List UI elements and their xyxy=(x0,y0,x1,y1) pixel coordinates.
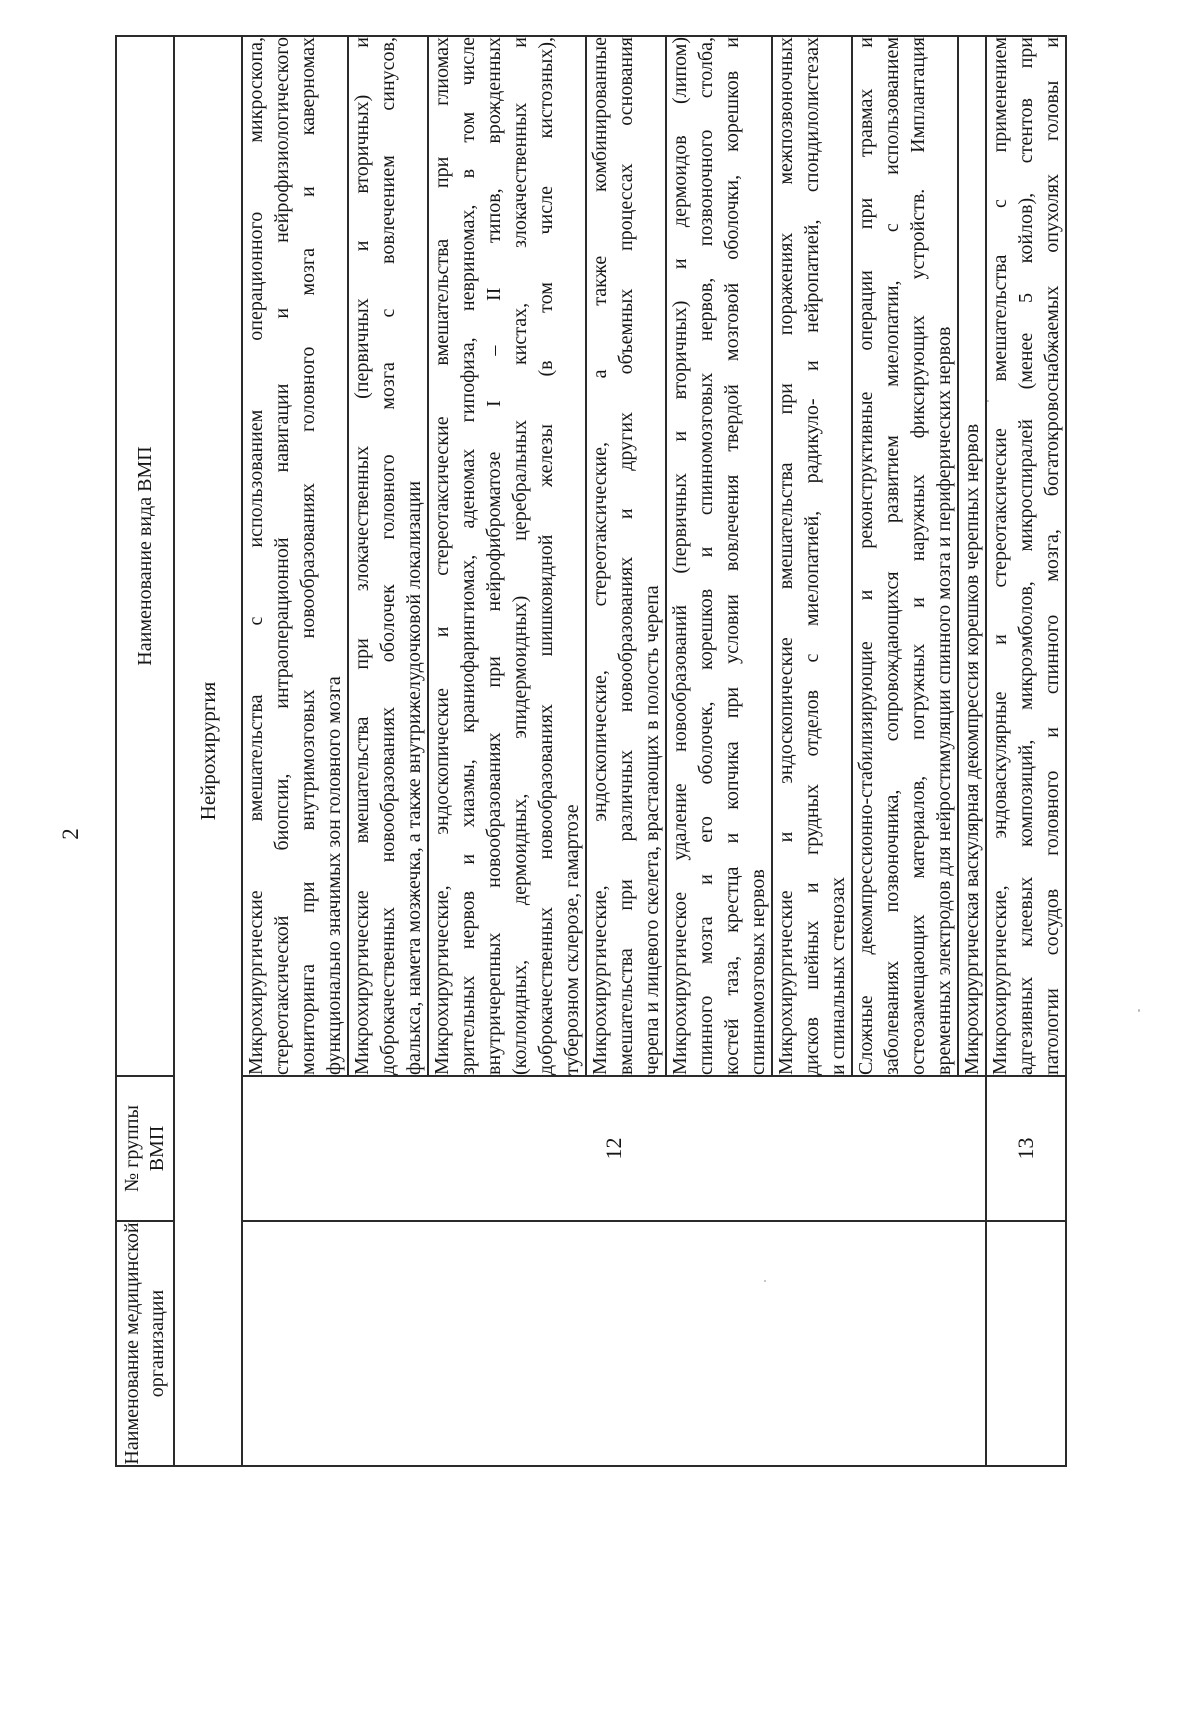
service-text-line: вмешательства при различных новообразова… xyxy=(613,37,639,1075)
service-text-line: доброкачественных новообразованиях оболо… xyxy=(375,37,401,1075)
service-text-line: Микрохирургические, эндоскопические, сте… xyxy=(587,37,613,1075)
service-text-line: Микрохирургическое удаление новообразова… xyxy=(667,37,693,1075)
service-text-line: Микрохирургическая васкулярная декомпрес… xyxy=(959,37,985,1075)
table-header-row: Наименование медицинской организации № г… xyxy=(116,36,174,1466)
service-cell: Микрохирургические, эндоваскулярные и ст… xyxy=(986,36,1066,1076)
service-cell: Микрохирургические вмешательства при зло… xyxy=(348,36,428,1076)
scan-speck xyxy=(332,797,335,800)
service-cell: Микрохирургическая васкулярная декомпрес… xyxy=(958,36,986,1076)
table-row-block-1: 12 Микрохирургические вмешательства с ис… xyxy=(242,36,348,1466)
service-cell: Микрохирургические, эндоскопические и ст… xyxy=(428,36,586,1076)
vmp-table: Наименование медицинской организации № г… xyxy=(115,35,1067,1467)
service-text-line: спинного мозга и его оболочек, корешков … xyxy=(693,37,719,1075)
service-text-line: фалькса, намета мозжечка, а также внутри… xyxy=(401,37,427,1075)
section-row: Нейрохирургия xyxy=(174,36,242,1466)
service-text-line: временных электродов для нейростимуляции… xyxy=(931,37,957,1075)
service-cell: Микрохирургические, эндоскопические, сте… xyxy=(586,36,666,1076)
service-text-line: костей таза, крестца и копчика при услов… xyxy=(719,37,745,1075)
service-text-line: остеозамещающих материалов, погружных и … xyxy=(905,37,931,1075)
group-number-13: 13 xyxy=(986,1076,1066,1221)
section-title: Нейрохирургия xyxy=(174,36,242,1466)
service-text-line: доброкачественных новообразованиях шишко… xyxy=(533,37,559,1075)
service-cell: Сложные декомпрессионно-стабилизирующие … xyxy=(852,36,958,1076)
organization-cell-group-12 xyxy=(242,1221,986,1466)
table-row-group-13: 13 Микрохирургические, эндоваскулярные и… xyxy=(986,36,1066,1466)
service-text-line: зрительных нервов и хиазмы, краниофаринг… xyxy=(455,37,481,1075)
group-number-12: 12 xyxy=(242,1076,986,1221)
service-text-line: Микрохирургические, эндоскопические и ст… xyxy=(429,37,455,1075)
service-text-line: туберозном склерозе, гамартозе xyxy=(559,37,585,1075)
service-text-line: стереотаксической биопсии, интраоперацио… xyxy=(269,37,295,1075)
header-org-cell: Наименование медицинской организации xyxy=(116,1221,174,1466)
service-text-line: функционально значимых зон головного моз… xyxy=(321,37,347,1075)
rotated-page-content: 2 Наименование медицинской организации №… xyxy=(0,0,1200,1712)
service-text-line: черепа и лицевого скелета, врастающих в … xyxy=(639,37,665,1075)
service-text-line: (коллоидных, дермоидных, эпидермоидных) … xyxy=(507,37,533,1075)
scan-speck xyxy=(512,522,514,524)
organization-cell-group-13 xyxy=(986,1221,1066,1466)
header-org-line: организации xyxy=(145,1222,170,1465)
service-text-line: Сложные декомпрессионно-стабилизирующие … xyxy=(853,37,879,1075)
service-text-line: дисков шейных и грудных отделов с миелоп… xyxy=(799,37,825,1075)
header-group-cell: № группы ВМП xyxy=(116,1076,174,1221)
service-text-line: и спинальных стенозах xyxy=(825,37,851,1075)
service-text-line: Микрохирургические, эндоваскулярные и ст… xyxy=(987,37,1013,1075)
service-text-line: внутричерепных новообразованиях при нейр… xyxy=(481,37,507,1075)
header-group-line: № группы xyxy=(120,1077,145,1220)
scan-speck xyxy=(764,1280,766,1282)
service-text-line: заболеваниях позвоночника, сопровождающи… xyxy=(879,37,905,1075)
service-cell: Микрохирургическое удаление новообразова… xyxy=(666,36,772,1076)
header-org-line: Наименование медицинской xyxy=(120,1222,145,1465)
header-kind-cell: Наименование вида ВМП xyxy=(116,36,174,1076)
page-number: 2 xyxy=(58,814,84,854)
service-text-line: Микрохирургические вмешательства с испол… xyxy=(243,37,269,1075)
scanned-page: 2 Наименование медицинской организации №… xyxy=(0,0,1200,1712)
service-cell: Микрохирургические вмешательства с испол… xyxy=(242,36,348,1076)
service-text-line: патологии сосудов головного и спинного м… xyxy=(1039,37,1065,1075)
service-cell: Микрохирургические и эндоскопические вме… xyxy=(772,36,852,1076)
service-text-line: Микрохирургические и эндоскопические вме… xyxy=(773,37,799,1075)
service-text-line: Микрохирургические вмешательства при зло… xyxy=(349,37,375,1075)
scan-speck xyxy=(1138,1009,1140,1012)
service-text-line: адгезивных клеевых композиций, микроэмбо… xyxy=(1013,37,1039,1075)
scan-speck xyxy=(986,400,989,402)
header-group-line: ВМП xyxy=(145,1077,170,1220)
service-text-line: спинномозговых нервов xyxy=(745,37,771,1075)
service-text-line: мониторинга при внутримозговых новообраз… xyxy=(295,37,321,1075)
